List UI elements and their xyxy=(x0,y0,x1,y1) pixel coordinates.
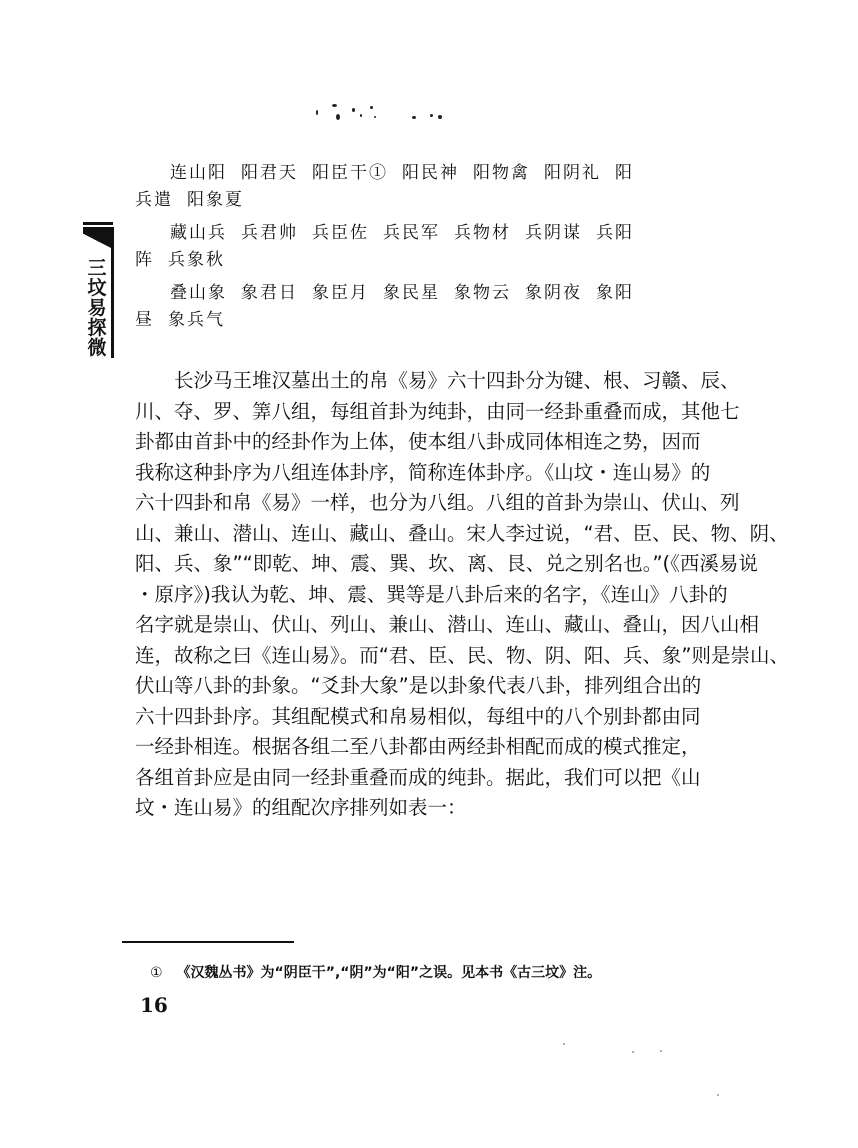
hexagram-entry: 阳 xyxy=(615,162,634,184)
hexagram-entry: 兵臣佐 xyxy=(312,222,369,244)
footnote: ①《汉魏丛书》为“阴臣干”,“阴”为“阳”之误。见本书《古三坟》注。 xyxy=(150,962,601,982)
hexagram-entry: 连山阳 xyxy=(170,162,227,184)
body-paragraph: 长沙马王堆汉墓出土的帛《易》六十四卦分为键、根、习赣、辰、 川、夺、罗、筭八组，… xyxy=(135,366,735,824)
body-line: 我称这种卦序为八组连体卦序，简称连体卦序。《山坟・连山易》的 xyxy=(135,458,735,489)
tab-wedge-marker xyxy=(83,227,113,249)
body-line: 川、夺、罗、筭八组，每组首卦为纯卦，由同一经卦重叠而成，其他七 xyxy=(135,397,735,428)
footnote-marker: ① xyxy=(150,965,163,981)
hexagram-list-row: 昼象兵气 xyxy=(135,309,735,331)
body-line: ・原序》)我认为乾、坤、震、巽等是八卦后来的名字，《连山》八卦的 xyxy=(135,580,735,611)
scan-speck xyxy=(717,1094,719,1096)
body-line: 名字就是崇山、伏山、列山、兼山、潜山、连山、藏山、叠山，因八山相 xyxy=(135,610,735,641)
hexagram-entry: 兵阴谋 xyxy=(525,222,582,244)
hexagram-entry: 阳臣干① xyxy=(312,162,388,184)
footnote-separator xyxy=(122,941,294,943)
hexagram-entry: 象兵气 xyxy=(168,309,225,331)
hexagram-entry: 藏山兵 xyxy=(170,222,227,244)
scan-artifact xyxy=(312,100,452,130)
hexagram-list-row: 连山阳阳君天阳臣干①阳民神阳物禽阳阴礼阳 xyxy=(170,162,770,184)
book-page: 三坟易探微 连山阳阳君天阳臣干①阳民神阳物禽阳阴礼阳兵遣阳象夏藏山兵兵君帅兵臣佐… xyxy=(0,0,858,1148)
hexagram-entry: 兵阳 xyxy=(596,222,634,244)
body-line: 长沙马王堆汉墓出土的帛《易》六十四卦分为键、根、习赣、辰、 xyxy=(135,366,735,397)
tab-vertical-rule xyxy=(111,227,114,358)
hexagram-entry: 象阳 xyxy=(596,282,634,304)
hexagram-entry: 阳物禽 xyxy=(473,162,530,184)
hexagram-entry: 兵民军 xyxy=(383,222,440,244)
body-line: 连，故称之曰《连山易》。而“君、臣、民、物、阴、阳、兵、象”则是崇山、 xyxy=(135,641,735,672)
body-line: 山、兼山、潜山、连山、藏山、叠山。宋人李过说，“君、臣、民、物、阴、 xyxy=(135,519,735,550)
body-line: 六十四卦和帛《易》一样，也分为八组。八组的首卦为崇山、伏山、列 xyxy=(135,488,735,519)
scan-speck xyxy=(632,1051,634,1053)
body-line: 一经卦相连。根据各组二至八卦都由两经卦相配而成的模式推定， xyxy=(135,732,735,763)
hexagram-entry: 阳民神 xyxy=(402,162,459,184)
body-line: 伏山等八卦的卦象。“爻卦大象”是以卦象代表八卦，排列组合出的 xyxy=(135,671,735,702)
hexagram-list-row: 藏山兵兵君帅兵臣佐兵民军兵物材兵阴谋兵阳 xyxy=(170,222,770,244)
page-number: 16 xyxy=(140,993,168,1017)
hexagram-entry: 兵物材 xyxy=(454,222,511,244)
chapter-side-tab: 三坟易探微 xyxy=(83,220,115,360)
hexagram-entry: 兵君帅 xyxy=(241,222,298,244)
hexagram-entry: 昼 xyxy=(135,309,154,331)
hexagram-entry: 象君日 xyxy=(241,282,298,304)
body-line: 卦都由首卦中的经卦作为上体，使本组八卦成同体相连之势，因而 xyxy=(135,427,735,458)
hexagram-entry: 象民星 xyxy=(383,282,440,304)
hexagram-entry: 兵遣 xyxy=(135,189,173,211)
running-book-title: 三坟易探微 xyxy=(86,258,108,358)
hexagram-entry: 叠山象 xyxy=(170,282,227,304)
body-line: 阳、兵、象”“即乾、坤、震、巽、坎、离、艮、兑之别名也。”(《西溪易说 xyxy=(135,549,735,580)
hexagram-entry: 兵象秋 xyxy=(168,249,225,271)
hexagram-entry: 阳君天 xyxy=(241,162,298,184)
footnote-text: 《汉魏丛书》为“阴臣干”,“阴”为“阳”之误。见本书《古三坟》注。 xyxy=(177,965,602,981)
scan-speck xyxy=(660,1050,662,1052)
body-line: 各组首卦应是由同一经卦重叠而成的纯卦。据此，我们可以把《山 xyxy=(135,763,735,794)
hexagram-list-row: 叠山象象君日象臣月象民星象物云象阴夜象阳 xyxy=(170,282,770,304)
scan-speck xyxy=(563,1043,565,1045)
hexagram-list-row: 阵兵象秋 xyxy=(135,249,735,271)
body-line: 坟・连山易》的组配次序排列如表一： xyxy=(135,793,735,824)
body-line: 六十四卦卦序。其组配模式和帛易相似，每组中的八个别卦都由同 xyxy=(135,702,735,733)
hexagram-entry: 阵 xyxy=(135,249,154,271)
hexagram-entry: 阳阴礼 xyxy=(544,162,601,184)
hexagram-list-row: 兵遣阳象夏 xyxy=(135,189,735,211)
hexagram-entry: 象阴夜 xyxy=(525,282,582,304)
hexagram-entry: 象臣月 xyxy=(312,282,369,304)
hexagram-entry: 阳象夏 xyxy=(187,189,244,211)
tab-top-rule xyxy=(83,222,113,225)
hexagram-entry: 象物云 xyxy=(454,282,511,304)
